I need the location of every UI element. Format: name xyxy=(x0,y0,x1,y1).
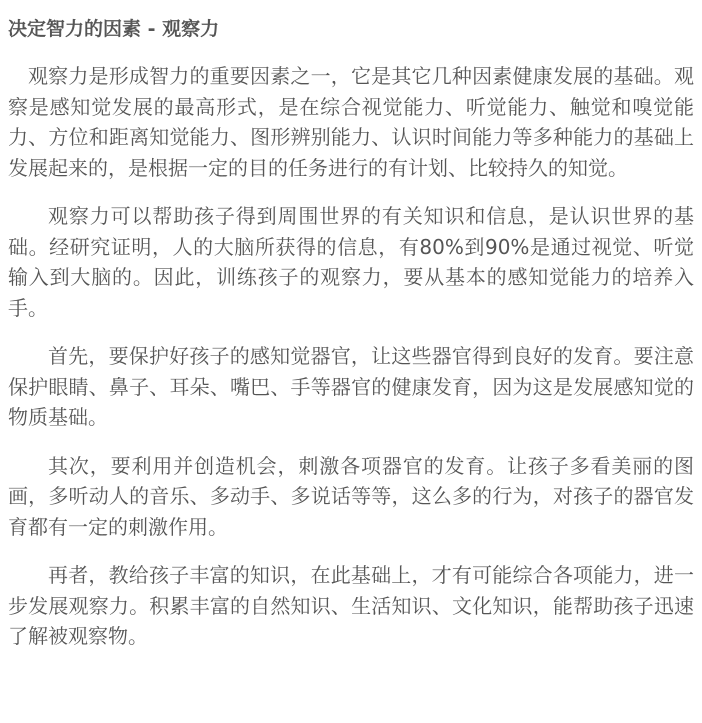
paragraph-second-step: 其次，要利用并创造机会，刺激各项器官的发育。让孩子多看美丽的图画，多听动人的音乐… xyxy=(8,451,694,543)
article: 决定智力的因素 - 观察力 观察力是形成智力的重要因素之一，它是其它几种因素健康… xyxy=(0,0,702,652)
article-title: 决定智力的因素 - 观察力 xyxy=(8,0,694,42)
paragraph-intro: 观察力是形成智力的重要因素之一，它是其它几种因素健康发展的基础。观察是感知觉发展… xyxy=(8,61,694,183)
paragraph-third-step: 再者，教给孩子丰富的知识，在此基础上，才有可能综合各项能力，进一步发展观察力。积… xyxy=(8,560,694,652)
paragraph-first-step: 首先，要保护好孩子的感知觉器官，让这些器官得到良好的发育。要注意保护眼睛、鼻子、… xyxy=(8,341,694,433)
paragraph-importance: 观察力可以帮助孩子得到周围世界的有关知识和信息，是认识世界的基础。经研究证明，人… xyxy=(8,201,694,323)
